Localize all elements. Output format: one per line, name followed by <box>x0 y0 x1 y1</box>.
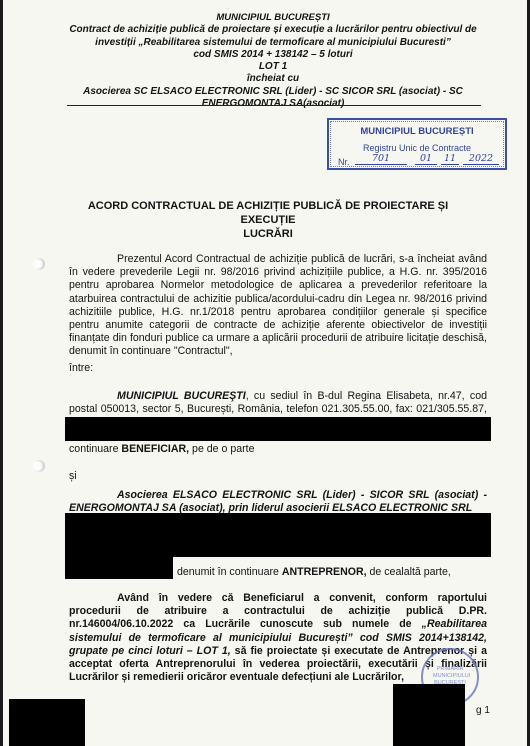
redaction-block <box>9 699 85 746</box>
beneficiary-closing-post: pe de o parte <box>189 443 254 455</box>
header-contract-text: Contract de achiziție publică de proiect… <box>69 24 476 35</box>
between-label: între: <box>69 362 487 375</box>
header-rule <box>67 105 481 106</box>
redaction-block <box>393 684 465 746</box>
punch-hole <box>33 258 45 270</box>
beneficiary-role: BENEFICIAR, <box>121 443 189 455</box>
stamp-day: 01 <box>415 153 437 165</box>
document-page: MUNICIPIUL BUCUREȘTI Contract de achiziț… <box>3 0 527 746</box>
header-association: Asocierea SC ELSACO ELECTRONIC SRL (Lide… <box>63 86 483 98</box>
header-investment-line: investiții „Reabilitarea sistemului de t… <box>63 37 483 49</box>
header-lot: LOT 1 <box>63 61 483 73</box>
contractor-role: ANTREPRENOR, <box>282 566 367 578</box>
title-line-2: LUCRĂRI <box>63 227 473 241</box>
stamp-month: 11 <box>441 153 459 165</box>
redaction-block <box>65 553 173 579</box>
contractor-closing: denumit în continuare ANTREPRENOR, de ce… <box>177 566 497 579</box>
stamp-year: 2022 <box>463 153 499 165</box>
redaction-block <box>65 513 491 557</box>
document-title: ACORD CONTRACTUAL DE ACHIZIȚIE PUBLICĂ D… <box>63 199 473 241</box>
beneficiary-closing-pre: continuare <box>69 443 121 455</box>
contractor-closing-post: de cealaltă parte, <box>367 566 451 578</box>
stamp-registry: Registru Unic de Contracte <box>329 143 505 153</box>
contractor-name: Asocierea ELSACO ELECTRONIC SRL (Lider) … <box>69 489 487 515</box>
and-label: și <box>69 470 487 483</box>
header-institution: MUNICIPIUL BUCUREȘTI <box>63 12 483 24</box>
registry-stamp: MUNICIPIUL BUCUREȘTI Registru Unic de Co… <box>327 118 507 170</box>
header-concluded-with: încheiat cu <box>63 73 483 85</box>
intro-paragraph: Prezentul Acord Contractual de achiziție… <box>69 253 487 359</box>
header-contract-line: Contract de achiziție publică de proiect… <box>63 24 483 36</box>
punch-hole <box>33 460 45 472</box>
document-header: MUNICIPIUL BUCUREȘTI Contract de achiziț… <box>63 12 483 110</box>
beneficiary-closing: continuare BENEFICIAR, pe de o parte <box>69 443 487 456</box>
contractor-closing-pre: denumit în continuare <box>177 566 282 578</box>
page-number: g 1 <box>476 705 490 716</box>
beneficiary-name: MUNICIPIUL BUCUREŞTI <box>117 390 246 402</box>
stamp-nr-label: Nr. <box>338 157 350 167</box>
title-line-1: ACORD CONTRACTUAL DE ACHIZIȚIE PUBLICĂ D… <box>63 199 473 227</box>
stamp-institution: MUNICIPIUL BUCUREȘTI <box>329 126 505 137</box>
header-smis-line: cod SMIS 2014 + 138142 – 5 loturi <box>63 49 483 61</box>
redaction-block <box>65 417 491 441</box>
stamp-number: 701 <box>355 153 407 165</box>
